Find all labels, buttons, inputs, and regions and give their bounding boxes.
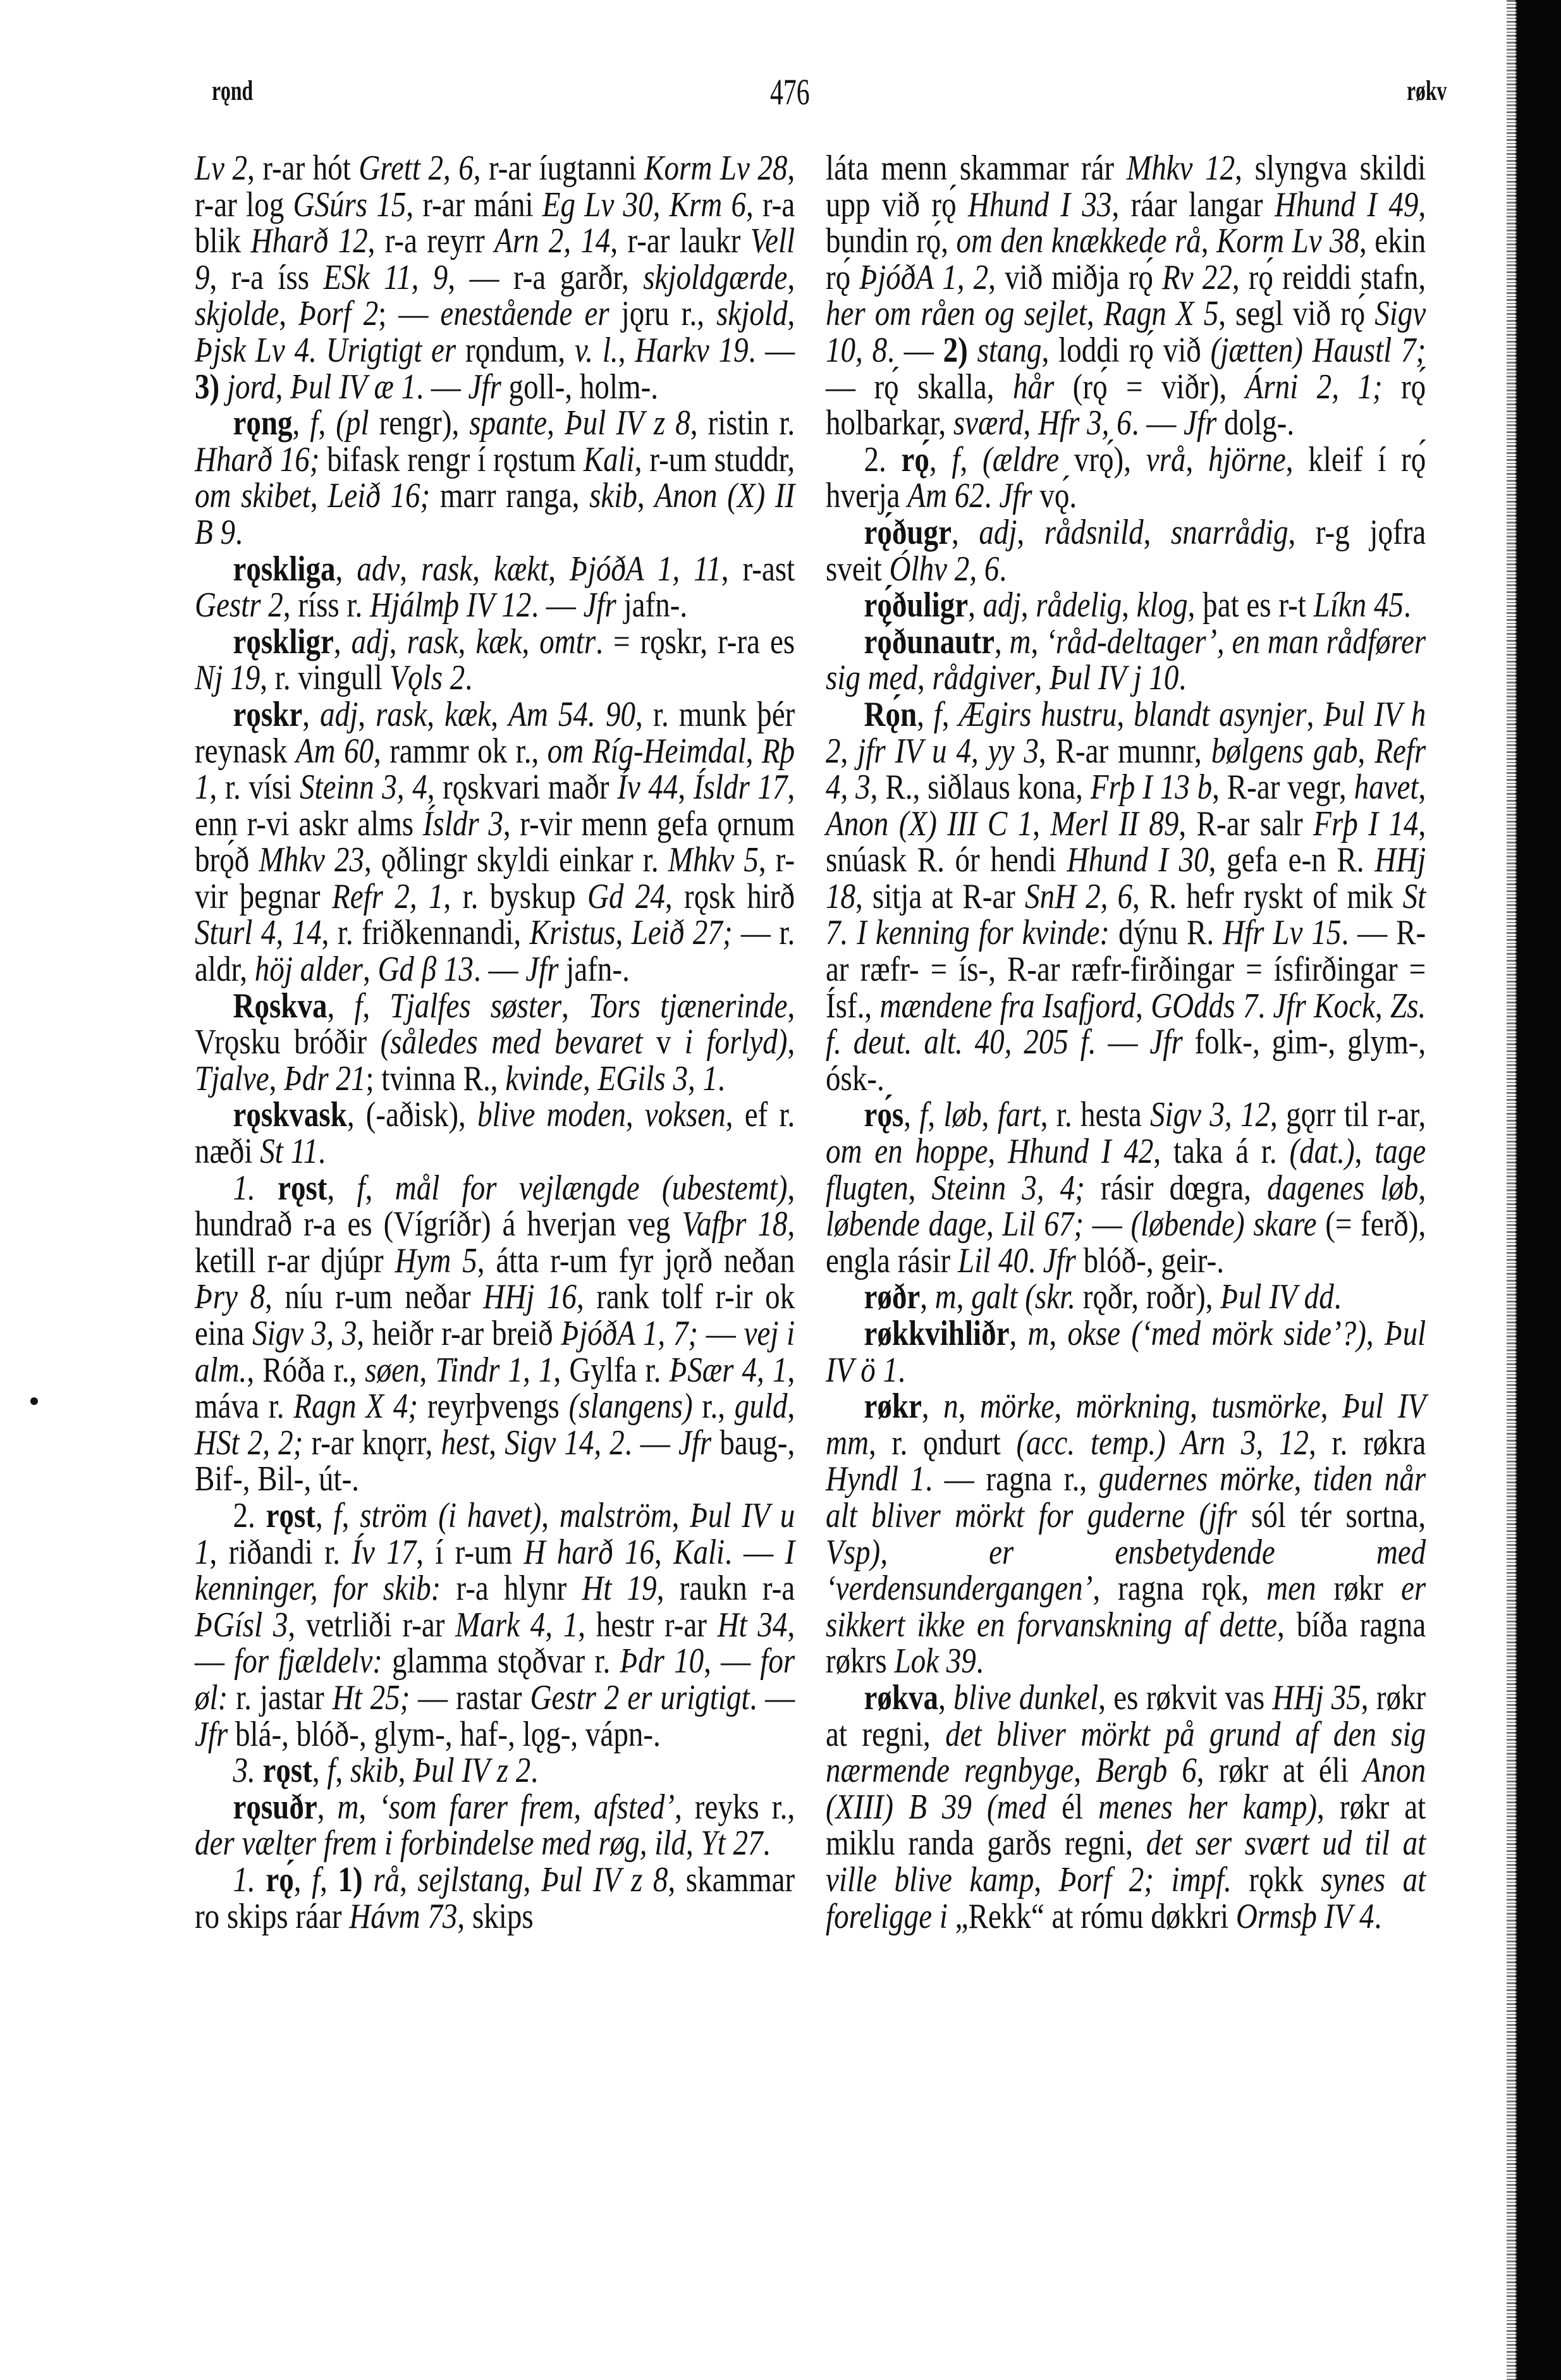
italic-text: okse (‘med mörk side’?): [1068, 1314, 1366, 1353]
entry-text: láta menn skammar rár: [826, 149, 1127, 188]
italic-text: mændene fra Isafjord: [880, 986, 1136, 1026]
italic-text: Þorf 2: [298, 294, 378, 333]
italic-text: løbende dage: [826, 1205, 986, 1244]
entry-text: .: [898, 1351, 905, 1390]
italic-text: for fjældelv:: [234, 1641, 383, 1681]
headword: rǫ́ðuligr: [864, 586, 968, 625]
italic-text: Ív 44: [617, 768, 678, 807]
dictionary-entry: 2. rǫ́, f, (ældre vrǫ́), vrå, hjörne, kl…: [826, 442, 1426, 515]
italic-text: H harð 16: [523, 1533, 654, 1572]
entry-text: ,: [335, 1751, 350, 1790]
entry-text: reyrþvengs: [418, 1387, 569, 1426]
entry-text: rǫðr, roðr),: [1075, 1277, 1220, 1316]
italic-text: f: [919, 1095, 927, 1134]
entry-text: , r. friðkennandi,: [322, 913, 530, 952]
entry-text: , rǫskvari maðr: [427, 768, 618, 807]
entry-text: .: [999, 549, 1007, 589]
italic-text: skib: [350, 1751, 398, 1790]
entry-text: ,: [787, 1022, 795, 1062]
italic-text: kvinde: [505, 1059, 583, 1098]
entry-text: ,: [968, 586, 983, 625]
italic-text: Ht 19: [582, 1569, 656, 1608]
italic-text: mörke: [980, 1387, 1055, 1426]
entry-text: ,: [302, 695, 320, 734]
italic-text: Gd 24: [587, 877, 665, 916]
entry-text: , — r-a garðr,: [448, 258, 643, 297]
italic-text: Þul IV z 2: [413, 1751, 530, 1790]
italic-text: HHj 35: [1272, 1678, 1361, 1717]
italic-text: f: [312, 1860, 320, 1899]
entry-text: ,: [1307, 695, 1324, 734]
italic-text: blive dunkel: [953, 1678, 1098, 1717]
entry-text: , r-ast: [721, 549, 795, 589]
entry-text: ,: [1358, 732, 1375, 771]
italic-text: Lil 67;: [1002, 1205, 1084, 1244]
entry-text: —: [1096, 1022, 1150, 1062]
italic-text: Hharð 16;: [195, 440, 319, 479]
entry-text: . — ragna r.,: [925, 1459, 1099, 1499]
italic-text: snarrådig: [1171, 513, 1289, 552]
entry-text: røkr: [1316, 1569, 1401, 1608]
italic-text: galt: [971, 1277, 1017, 1316]
italic-text: søen: [365, 1351, 419, 1390]
italic-text: Sigv 3, 12: [1150, 1095, 1270, 1134]
entry-text: ,: [678, 768, 693, 807]
italic-text: om skibet: [195, 476, 310, 515]
entry-text: ,: [541, 1496, 560, 1535]
headword: røkr: [864, 1387, 921, 1426]
entry-text: , r. ǫndurt: [869, 1423, 1017, 1463]
italic-text: kæk: [475, 622, 522, 661]
italic-text: rask: [407, 622, 458, 661]
entry-text: ,: [365, 1169, 395, 1208]
entry-text: [255, 1860, 266, 1899]
italic-text: Jfr: [195, 1715, 228, 1754]
entry-text: , r-ar íugtanni: [474, 149, 644, 188]
italic-text: Gestr 2 er urigtigt: [530, 1678, 749, 1717]
entry-text: .: [1178, 658, 1186, 697]
italic-text: skjolde: [195, 294, 279, 333]
italic-text: Yt 27: [701, 1824, 762, 1863]
italic-text: Hjálmþ IV 12: [370, 586, 531, 625]
entry-text: ,: [1366, 1314, 1385, 1353]
entry-text: , R., siðlaus kona,: [871, 768, 1091, 807]
entry-text: ,: [654, 1533, 673, 1572]
italic-text: (løbende) skare: [1130, 1205, 1316, 1244]
italic-text: Lil 40: [958, 1241, 1028, 1280]
dictionary-entry: 3. rǫst, f, skib, Þul IV z 2.: [195, 1753, 795, 1789]
entry-text: ,: [637, 476, 654, 515]
headword: rǫskliga: [233, 549, 335, 589]
entry-text: ,: [787, 294, 795, 333]
entry-text: ,: [327, 1169, 357, 1208]
entry-text: [255, 1751, 263, 1790]
italic-text: Jfr: [525, 950, 558, 989]
entry-text: r-a hlynr: [441, 1569, 582, 1608]
italic-text: Nj 19: [195, 658, 260, 697]
entry-text: sól tér sortna,: [1237, 1496, 1426, 1535]
entry-text: . = rǫskr, r-ra es: [596, 622, 795, 661]
entry-text: , r. byskup: [443, 877, 587, 916]
entry-text: ,: [1294, 1459, 1313, 1499]
italic-text: havet: [1354, 768, 1419, 807]
entry-text: ,: [318, 403, 336, 443]
italic-text: vrå: [1146, 440, 1186, 479]
italic-text: om den knækkede rå: [956, 221, 1201, 261]
italic-text: guld: [735, 1387, 788, 1426]
entry-text: ,: [1117, 695, 1134, 734]
italic-text: adj: [983, 586, 1021, 625]
italic-text: i forlyd): [685, 1022, 788, 1062]
headword: rǫ́ðugr: [864, 513, 951, 552]
entry-text: ,: [400, 549, 421, 589]
entry-text: r. jastar: [228, 1678, 332, 1717]
italic-text: Ólhv 2, 6: [890, 549, 1000, 589]
entry-text: ,: [986, 1205, 1002, 1244]
entry-text: ,: [315, 1496, 334, 1535]
italic-text: mörkning: [1076, 1387, 1190, 1426]
italic-text: m: [935, 1277, 957, 1316]
entry-text: , es røkvit vas: [1098, 1678, 1272, 1717]
italic-text: f: [952, 440, 960, 479]
italic-text: kæk: [444, 695, 491, 734]
entry-text: ,: [1074, 1751, 1096, 1790]
entry-text: ,: [547, 403, 565, 443]
entry-text: , raukn r-a: [657, 1569, 795, 1608]
italic-text: blandt asynjer: [1134, 695, 1307, 734]
italic-text: ESk 11, 9: [324, 258, 448, 297]
italic-text: Refr 2, 1: [332, 877, 444, 916]
guide-word-left: rǫnd: [212, 75, 253, 107]
italic-text: Vǫls 2: [389, 658, 465, 697]
entry-text: ,: [363, 986, 390, 1026]
italic-text: HHj 16: [483, 1277, 577, 1316]
entry-text: —: [1084, 1205, 1130, 1244]
dictionary-entry: rǫ́ðuligr, adj, rådelig, klog, þat es r-…: [826, 587, 1426, 624]
entry-text: .: [1374, 1897, 1381, 1936]
entry-text: , Gylfa r.: [553, 1351, 669, 1390]
entry-text: ,: [927, 1095, 943, 1134]
entry-text: v: [642, 1022, 684, 1062]
entry-text: ,: [1418, 768, 1426, 807]
italic-text: Kali: [673, 1533, 725, 1572]
italic-text: Ragn X 5: [1104, 294, 1219, 333]
italic-text: m: [1028, 1314, 1050, 1353]
italic-text: n: [943, 1387, 958, 1426]
italic-text: Sigv 3, 3: [252, 1314, 357, 1353]
italic-text: (ældre: [983, 440, 1059, 479]
dictionary-entry: rǫsuðr, m, ‘som farer frem, afsted’, rey…: [195, 1789, 795, 1862]
headword: røðr: [864, 1277, 920, 1316]
entry-text: , heiðr r-ar breið: [357, 1314, 561, 1353]
entry-text: , r. vingull: [260, 658, 389, 697]
italic-text: mål for vejlængde (ubestemt): [395, 1169, 788, 1208]
entry-text: bifask rengr í rǫstum: [319, 440, 583, 479]
italic-text: Bergb 6: [1096, 1751, 1197, 1790]
entry-text: vǫ́.: [1032, 476, 1077, 515]
entry-text: (rǫ́ = viðr),: [1054, 367, 1245, 407]
entry-text: „Rekk“ at rómu døkkri: [948, 1897, 1236, 1936]
entry-text: ,: [358, 695, 376, 734]
entry-text: ,: [279, 294, 298, 333]
italic-text: klog: [1137, 586, 1188, 625]
italic-text: Ht 34: [718, 1605, 788, 1645]
italic-text: GSúrs 15: [293, 185, 406, 224]
headword: røkkvihliðr: [864, 1314, 1009, 1353]
italic-text: Kali: [584, 440, 635, 479]
italic-text: (pl: [336, 403, 369, 443]
italic-text: rådsnild: [1044, 513, 1144, 552]
italic-text: Ægirs hustru: [958, 695, 1117, 734]
entry-text: ,: [1017, 513, 1044, 552]
entry-text: ,: [327, 986, 354, 1026]
italic-text: f: [357, 1169, 365, 1208]
italic-text: f: [334, 1496, 342, 1535]
entry-text: —: [698, 1314, 744, 1353]
italic-text: adv: [357, 549, 400, 589]
entry-text: , R-ar salr: [1178, 804, 1313, 843]
italic-text: Am 62: [907, 476, 984, 515]
italic-text: Merl II 89: [1051, 804, 1179, 843]
italic-text: Mhkv 5: [668, 840, 759, 880]
italic-text: Frþ I 13 b: [1091, 768, 1212, 807]
entry-text: , Róða r.,: [247, 1351, 365, 1390]
entry-text: , r-ar laukr: [610, 221, 750, 261]
entry-text: ,: [489, 1423, 505, 1463]
entry-text: ,: [523, 1860, 541, 1899]
dictionary-entry: Rǫ́n, f, Ægirs hustru, blandt asynjer, Þ…: [826, 697, 1426, 1098]
entry-text: ,: [1185, 440, 1208, 479]
dictionary-entry: 2. rǫst, f, ström (i havet), malström, Þ…: [195, 1498, 795, 1753]
italic-text: Anon (X) III C 1: [826, 804, 1032, 843]
entry-text: [1017, 1277, 1025, 1316]
entry-text: ,: [320, 1860, 338, 1899]
entry-text: . —: [474, 950, 525, 989]
entry-text: ,: [841, 732, 858, 771]
entry-text: , r-ar hót: [247, 149, 358, 188]
italic-text: m: [337, 1788, 358, 1827]
italic-text: rådgiver: [933, 658, 1035, 697]
headword: 3): [195, 367, 219, 407]
italic-text: EGils 3, 1: [598, 1059, 718, 1098]
italic-text: Sturl 4, 14: [195, 913, 322, 952]
italic-text: fart: [998, 1095, 1041, 1134]
headword: 2): [943, 331, 968, 370]
entry-text: ,: [672, 1496, 690, 1535]
entry-text: . —: [531, 586, 583, 625]
entry-text: ,: [1032, 804, 1050, 843]
italic-text: Jfr: [999, 476, 1032, 515]
entry-text: , r. vísi: [210, 768, 300, 807]
entry-text: , rammr ok r.,: [374, 732, 548, 771]
left-column: Lv 2, r-ar hót Grett 2, 6, r-ar íugtanni…: [195, 150, 795, 1935]
entry-text: ,: [1355, 1132, 1375, 1171]
entry-text: ; —: [378, 294, 440, 333]
entry-text: ,: [618, 331, 635, 370]
italic-text: ström (i havet): [360, 1496, 541, 1535]
italic-text: St 11: [260, 1132, 318, 1171]
dictionary-entry: rǫskvask, (-aðisk), blive moden, voksen,…: [195, 1097, 795, 1170]
headword: rǫst: [266, 1496, 315, 1535]
entry-text: ,: [920, 1277, 935, 1316]
italic-text: Ht 25;: [333, 1678, 410, 1717]
italic-text: Ísldr 3: [423, 804, 503, 843]
italic-text: rask: [421, 549, 472, 589]
italic-text: Mhkv 23: [259, 840, 364, 880]
italic-text: (skr.: [1025, 1277, 1075, 1316]
italic-text: GOdds 7: [1151, 986, 1258, 1026]
dictionary-entry: 1. rǫst, f, mål for vejlængde (ubestemt)…: [195, 1170, 795, 1498]
entry-text: , R-ar vegr,: [1212, 768, 1354, 807]
entry-text: ,: [293, 403, 310, 443]
dictionary-entry: rǫskr, adj, rask, kæk, Am 54. 90, r. mun…: [195, 697, 795, 988]
italic-text: (jætten) Haustl 7;: [1211, 331, 1426, 370]
entry-text: ,: [995, 622, 1010, 661]
entry-text: ,: [1418, 1169, 1426, 1208]
entry-text: ,: [1122, 586, 1137, 625]
entry-text: ,: [269, 1059, 285, 1098]
headword: rǫ́: [266, 1860, 293, 1899]
entry-text: . —: [750, 1678, 795, 1717]
entry-text: . —: [749, 331, 795, 370]
entry-text: , ráar langar: [1111, 185, 1274, 224]
italic-text: ÞjóðA 1, 11: [570, 549, 721, 589]
italic-text: f: [310, 403, 318, 443]
entry-text: ,: [917, 695, 934, 734]
entry-text: ,: [1055, 1387, 1076, 1426]
italic-text: Þjsk Lv 4. Urigtigt er: [195, 331, 456, 370]
entry-text: dolg-.: [1216, 403, 1294, 443]
italic-text: om Ríg-Heimdal: [548, 732, 746, 771]
entry-text: jafn-.: [616, 586, 687, 625]
entry-text: .: [984, 476, 1000, 515]
italic-text: höj alder: [255, 950, 363, 989]
italic-text: Tjalfes søster: [389, 986, 561, 1026]
italic-text: gudernes mörke: [1099, 1459, 1294, 1499]
ink-speck: [30, 1397, 38, 1405]
entry-text: ,: [982, 1095, 998, 1134]
entry-text: , rǫ́ reiddi stafn,: [1232, 258, 1426, 297]
italic-text: Þul IV æ 1: [290, 367, 416, 407]
italic-text: Tindr 1, 1: [435, 1351, 553, 1390]
italic-text: f: [354, 986, 362, 1026]
entry-text: ,: [1136, 986, 1151, 1026]
entry-text: ,: [1190, 1387, 1211, 1426]
entry-text: — rǫ́ skalla,: [826, 367, 1013, 407]
entry-text: ,: [472, 549, 494, 589]
italic-text: ‘som farer frem, afsted’: [379, 1788, 675, 1827]
entry-text: , r-um studdr,: [635, 440, 795, 479]
entry-text: .: [762, 1824, 770, 1863]
entry-text: ,: [626, 1095, 645, 1134]
italic-text: Harkv 19: [635, 331, 748, 370]
italic-text: Hhund I 33: [968, 185, 1111, 224]
italic-text: f: [327, 1751, 335, 1790]
italic-text: (slangens): [569, 1387, 693, 1426]
dictionary-entry: røkkvihliðr, m, okse (‘med mörk side’?),…: [826, 1316, 1426, 1389]
italic-text: Gd β 13: [377, 950, 473, 989]
italic-text: menes her kamp): [1098, 1788, 1317, 1827]
italic-text: Ísldr 17: [694, 768, 788, 807]
entry-text: , þat es r-t: [1188, 586, 1314, 625]
italic-text: hjörne: [1208, 440, 1286, 479]
entry-text: ,: [988, 1132, 1008, 1171]
italic-text: om en hoppe: [826, 1132, 988, 1171]
entry-text: , loddi rǫ́ við: [1042, 331, 1211, 370]
italic-text: Korm Lv 28: [644, 149, 787, 188]
entry-text: [363, 1860, 374, 1899]
entry-text: .: [1334, 1277, 1342, 1316]
italic-text: Líkn 45: [1314, 586, 1404, 625]
entry-text: , riðandi r.: [210, 1533, 352, 1572]
entry-text: , —: [704, 1641, 760, 1681]
headword: 1): [338, 1860, 362, 1899]
italic-text: 1.: [233, 1860, 255, 1899]
entry-text: ,: [903, 1095, 919, 1134]
dictionary-entry: 1. rǫ́, f, 1) rå, sejlstang, Þul IV z 8,…: [195, 1862, 795, 1935]
headword: rǫst: [278, 1169, 327, 1208]
entry-text: , ǫðlingr skyldi einkar r.: [364, 840, 668, 880]
italic-text: Mark 4, 1: [455, 1605, 578, 1645]
italic-text: Hfr Lv 15: [1223, 913, 1341, 952]
entry-text: goll-, holm-.: [501, 367, 658, 407]
italic-text: Hharð 12: [250, 221, 367, 261]
italic-text: jord: [227, 367, 276, 407]
dictionary-entry: rǫ́ðugr, adj, rådsnild, snarrådig, r-g j…: [826, 515, 1426, 587]
entry-text: .: [718, 1059, 725, 1098]
italic-text: Jfr: [1043, 1241, 1076, 1280]
italic-text: Jfr: [678, 1423, 711, 1463]
entry-text: , sitja at R-ar: [855, 877, 1025, 916]
italic-text: rå: [373, 1860, 400, 1899]
headword: røkva: [864, 1678, 938, 1717]
italic-text: skib: [589, 476, 637, 515]
italic-text: blive moden: [477, 1095, 626, 1134]
entry-text: , segl við rǫ́: [1218, 294, 1374, 333]
dictionary-entry: rǫ́ðunautr, m, ‘råd-deltager’, en man rå…: [826, 624, 1426, 697]
entry-text: ; tvinna R.,: [365, 1059, 505, 1098]
entry-text: dýnu R.: [1110, 913, 1223, 952]
italic-text: adj: [320, 695, 358, 734]
entry-text: , skips: [457, 1897, 533, 1936]
entry-text: ,: [276, 367, 291, 407]
entry-continuation: Lv 2, r-ar hót Grett 2, 6, r-ar íugtanni…: [195, 150, 795, 405]
entry-text: ,: [1021, 586, 1036, 625]
entry-text: rengr),: [369, 403, 470, 443]
entry-text: ,: [398, 1751, 413, 1790]
entry-text: ,: [491, 695, 508, 734]
entry-text: ,: [561, 986, 589, 1026]
italic-text: rask: [376, 695, 427, 734]
entry-text: ,: [334, 622, 352, 661]
italic-text: Steinn 3, 4;: [932, 1169, 1085, 1208]
right-column: láta menn skammar rár Mhkv 12, slyngva s…: [826, 150, 1426, 1935]
entry-text: ,: [942, 695, 959, 734]
dictionary-entry: røðr, m, galt (skr. rǫðr, roðr), Þul IV …: [826, 1279, 1426, 1316]
entry-text: ,: [1031, 622, 1046, 661]
italic-text: Ormsþ IV 4: [1236, 1897, 1374, 1936]
italic-text: (acc. temp.) Arn 3, 12: [1016, 1423, 1308, 1463]
entry-text: ,: [1087, 294, 1104, 333]
entry-text: , r. hesta: [1041, 1095, 1150, 1134]
entry-text: , vetrliði r-ar: [288, 1605, 455, 1645]
italic-text: malström: [560, 1496, 672, 1535]
italic-text: der vælter frem i forbindelse med røg, i…: [195, 1824, 686, 1863]
entry-text: ,: [548, 549, 570, 589]
italic-text: Am 60: [296, 732, 374, 771]
entry-text: , í r-um: [416, 1533, 523, 1572]
entry-text: ,: [400, 1860, 417, 1899]
